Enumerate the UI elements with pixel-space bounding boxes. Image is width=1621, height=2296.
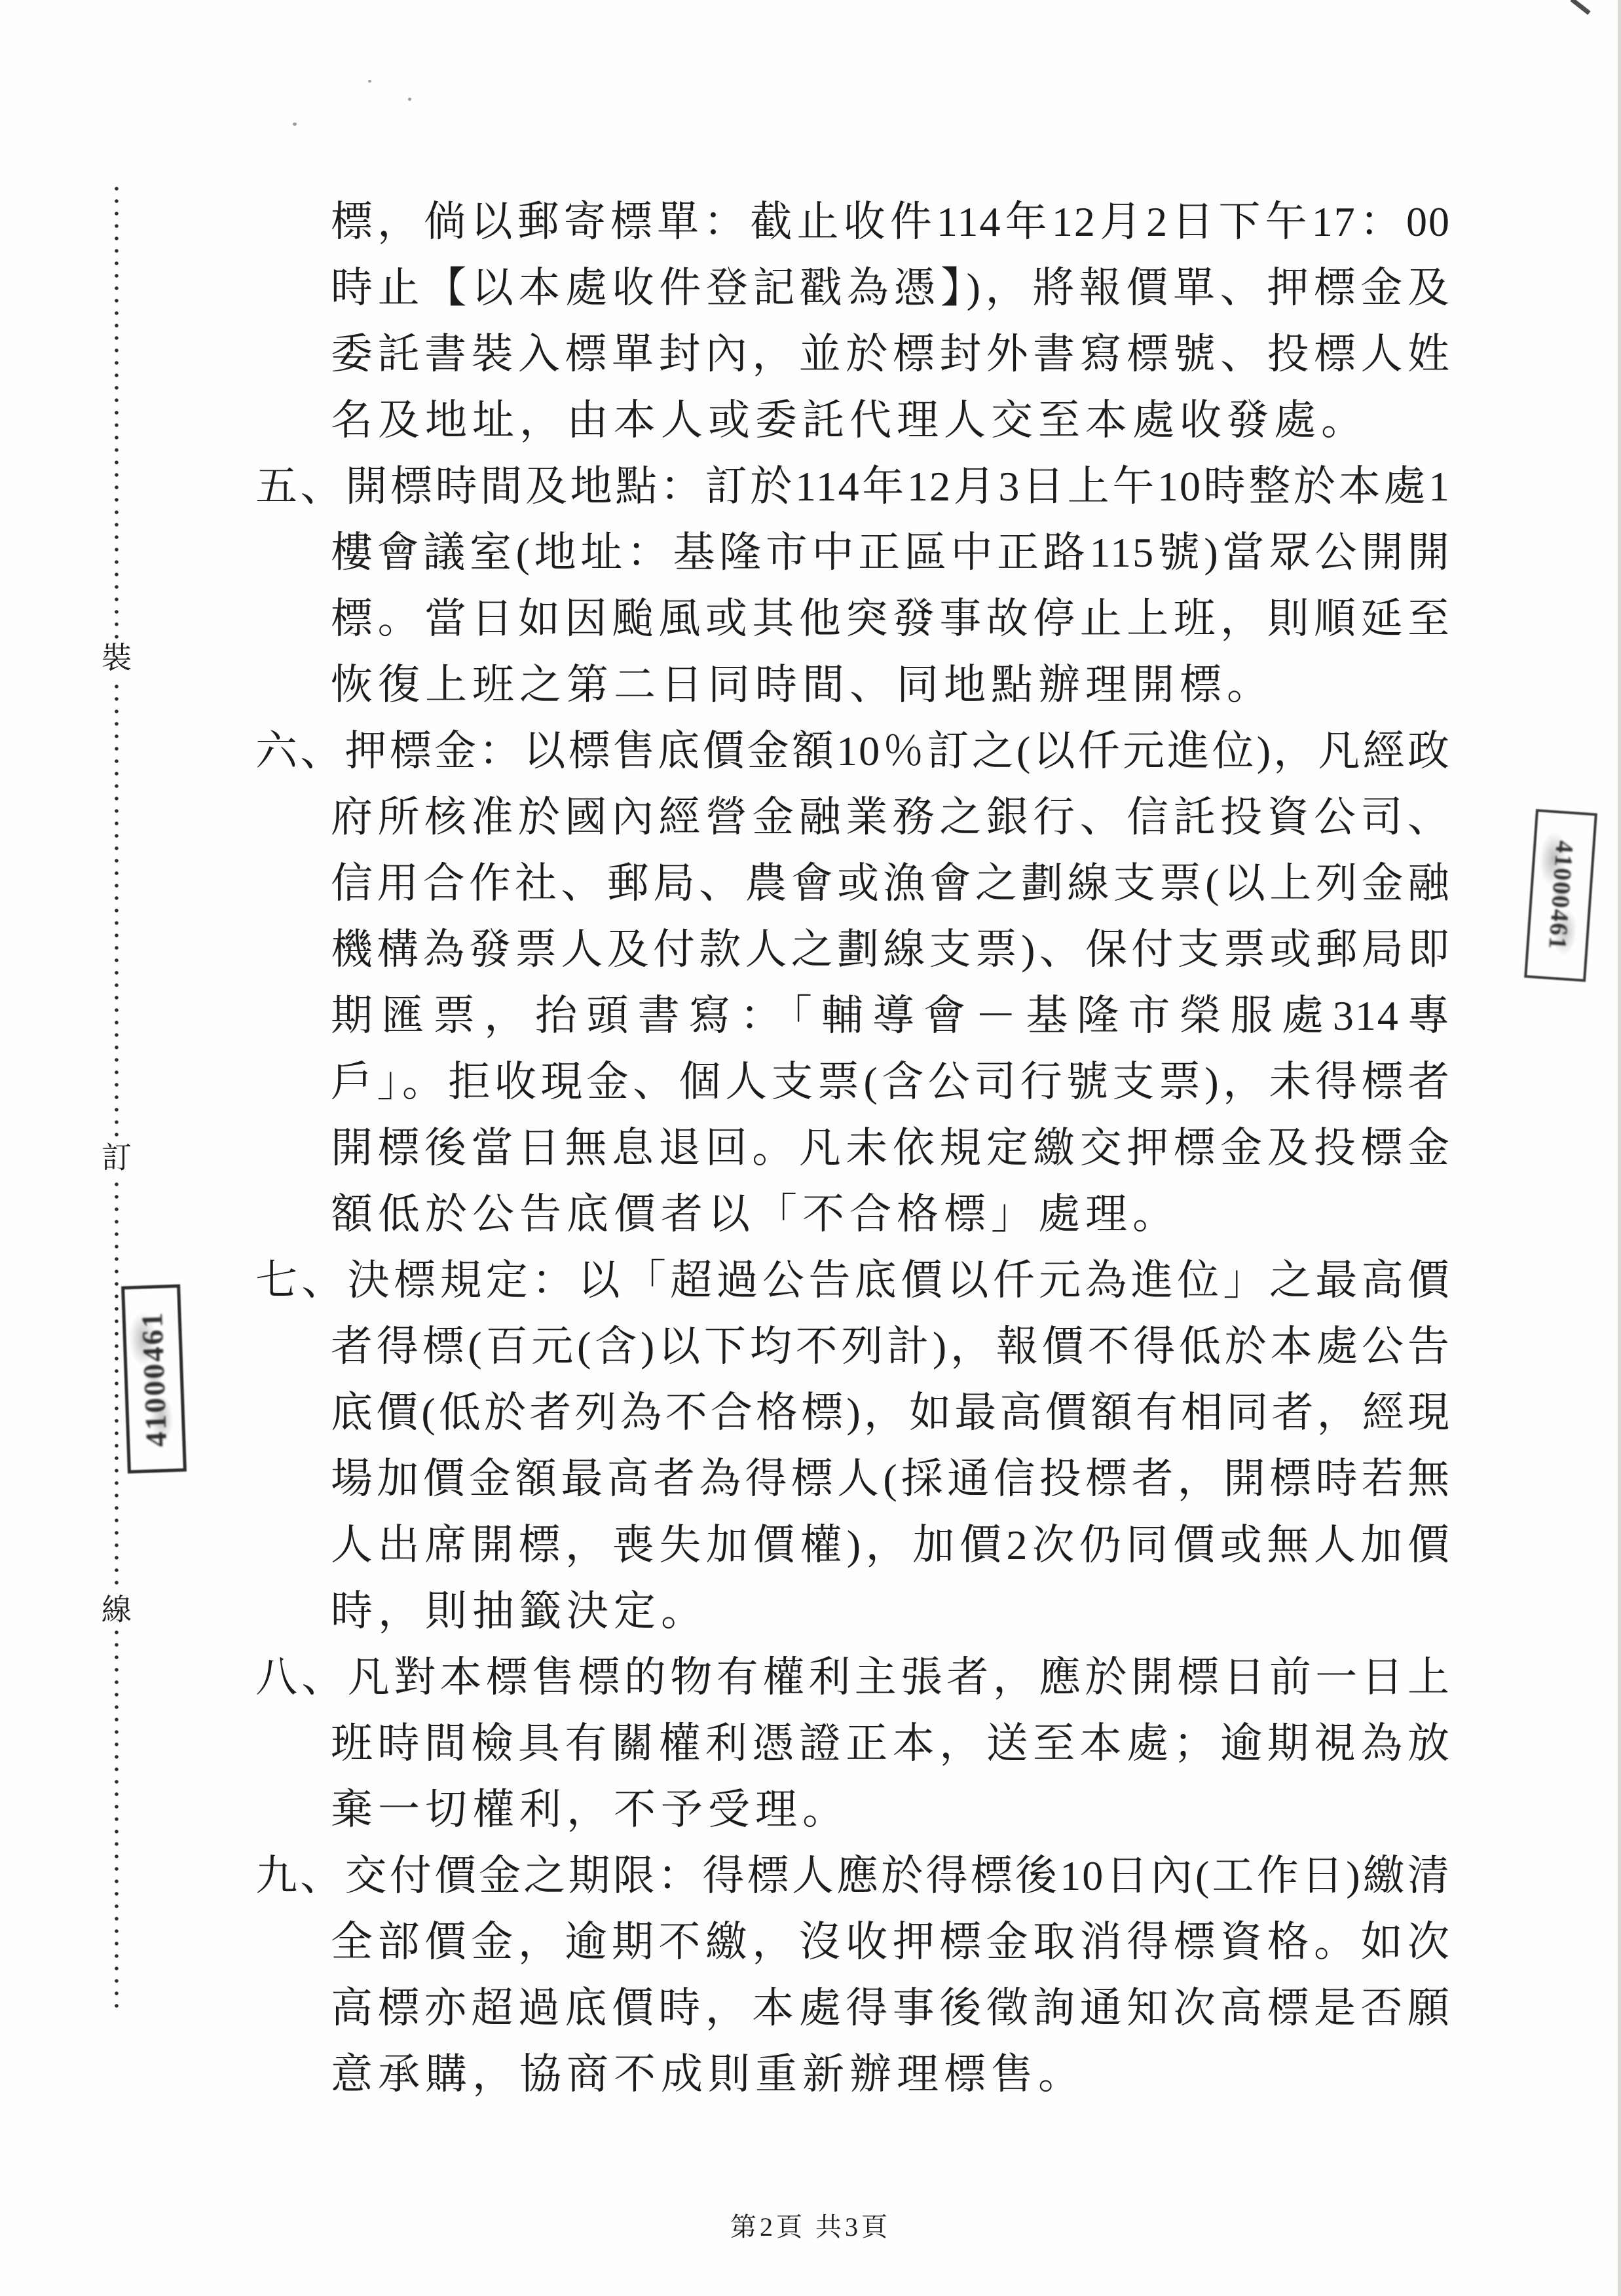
text-line: 恢復上班之第二日同時間、同地點辦理開標。 <box>331 652 1451 718</box>
scan-speck <box>368 80 371 83</box>
scan-speck <box>293 122 297 126</box>
text-line: 全部價金，逾期不繳，沒收押標金取消得標資格。如次 <box>331 1909 1451 1975</box>
text-line: 場加價金額最高者為得標人(採通信投標者，開標時若無 <box>331 1446 1451 1512</box>
text-line: 意承購，協商不成則重新辦理標售。 <box>331 2041 1451 2107</box>
text-line: 信用合作社、郵局、農會或漁會之劃線支票(以上列金融 <box>331 850 1451 916</box>
text-line: 高標亦超過底價時，本處得事後徵詢通知次高標是否願 <box>331 1975 1451 2041</box>
text-line: 額低於公告底價者以「不合格標」處理。 <box>331 1181 1451 1247</box>
scanned-document-page: 裝 訂 線 標，倘以郵寄標單：截止收件114年12月2日下午17：00 時止【以… <box>0 0 1621 2296</box>
text-line: 開標後當日無息退回。凡未依規定繳交押標金及投標金 <box>331 1115 1451 1181</box>
registration-stamp-right: 41000461 <box>1524 809 1597 982</box>
document-body: 標，倘以郵寄標單：截止收件114年12月2日下午17：00 時止【以本處收件登記… <box>0 189 1621 2107</box>
registration-stamp-left: 41000461 <box>121 1285 187 1474</box>
text-line: 標，倘以郵寄標單：截止收件114年12月2日下午17：00 <box>331 189 1451 255</box>
text-line: 戶」。拒收現金、個人支票(含公司行號支票)，未得標者 <box>331 1049 1451 1115</box>
text-line-item-8: 八、凡對本標售標的物有權利主張者，應於開標日前一日上 <box>255 1644 1451 1710</box>
text-line: 名及地址，由本人或委託代理人交至本處收發處。 <box>331 387 1451 453</box>
text-line-item-9: 九、交付價金之期限：得標人應於得標後10日內(工作日)繳清 <box>255 1843 1451 1909</box>
stamp-number: 41000461 <box>1542 840 1579 952</box>
text-line: 標。當日如因颱風或其他突發事故停止上班，則順延至 <box>331 586 1451 652</box>
scan-corner-mark <box>1570 0 1590 15</box>
text-line: 時止【以本處收件登記戳為憑】)，將報價單、押標金及 <box>331 255 1451 321</box>
text-line: 棄一切權利，不予受理。 <box>331 1777 1451 1843</box>
text-line-item-6: 六、押標金：以標售底價金額10％訂之(以仟元進位)，凡經政 <box>255 718 1451 784</box>
text-line-item-7: 七、決標規定：以「超過公告底價以仟元為進位」之最高價 <box>255 1247 1451 1313</box>
text-line: 期匯票，抬頭書寫：「輔導會－基隆市榮服處314專 <box>331 983 1451 1049</box>
text-line-item-5: 五、開標時間及地點：訂於114年12月3日上午10時整於本處1 <box>255 453 1451 519</box>
text-line: 府所核准於國內經營金融業務之銀行、信託投資公司、 <box>331 784 1451 850</box>
text-line: 人出席開標，喪失加價權)，加價2次仍同價或無人加價 <box>331 1512 1451 1578</box>
stamp-number: 41000461 <box>134 1310 174 1448</box>
text-line: 底價(低於者列為不合格標)，如最高價額有相同者，經現 <box>331 1380 1451 1446</box>
scan-edge-shadow <box>1618 0 1621 2296</box>
text-line: 機構為發票人及付款人之劃線支票)、保付支票或郵局即 <box>331 916 1451 983</box>
scan-speck <box>408 98 411 101</box>
text-line: 樓會議室(地址：基隆市中正區中正路115號)當眾公開開 <box>331 519 1451 586</box>
text-line: 時，則抽籤決定。 <box>331 1578 1451 1644</box>
text-line: 委託書裝入標單封內，並於標封外書寫標號、投標人姓 <box>331 321 1451 387</box>
text-line: 者得標(百元(含)以下均不列計)，報價不得低於本處公告 <box>331 1313 1451 1380</box>
page-number-footer: 第2頁 共3頁 <box>0 2206 1621 2244</box>
text-line: 班時間檢具有關權利憑證正本，送至本處；逾期視為放 <box>331 1710 1451 1777</box>
